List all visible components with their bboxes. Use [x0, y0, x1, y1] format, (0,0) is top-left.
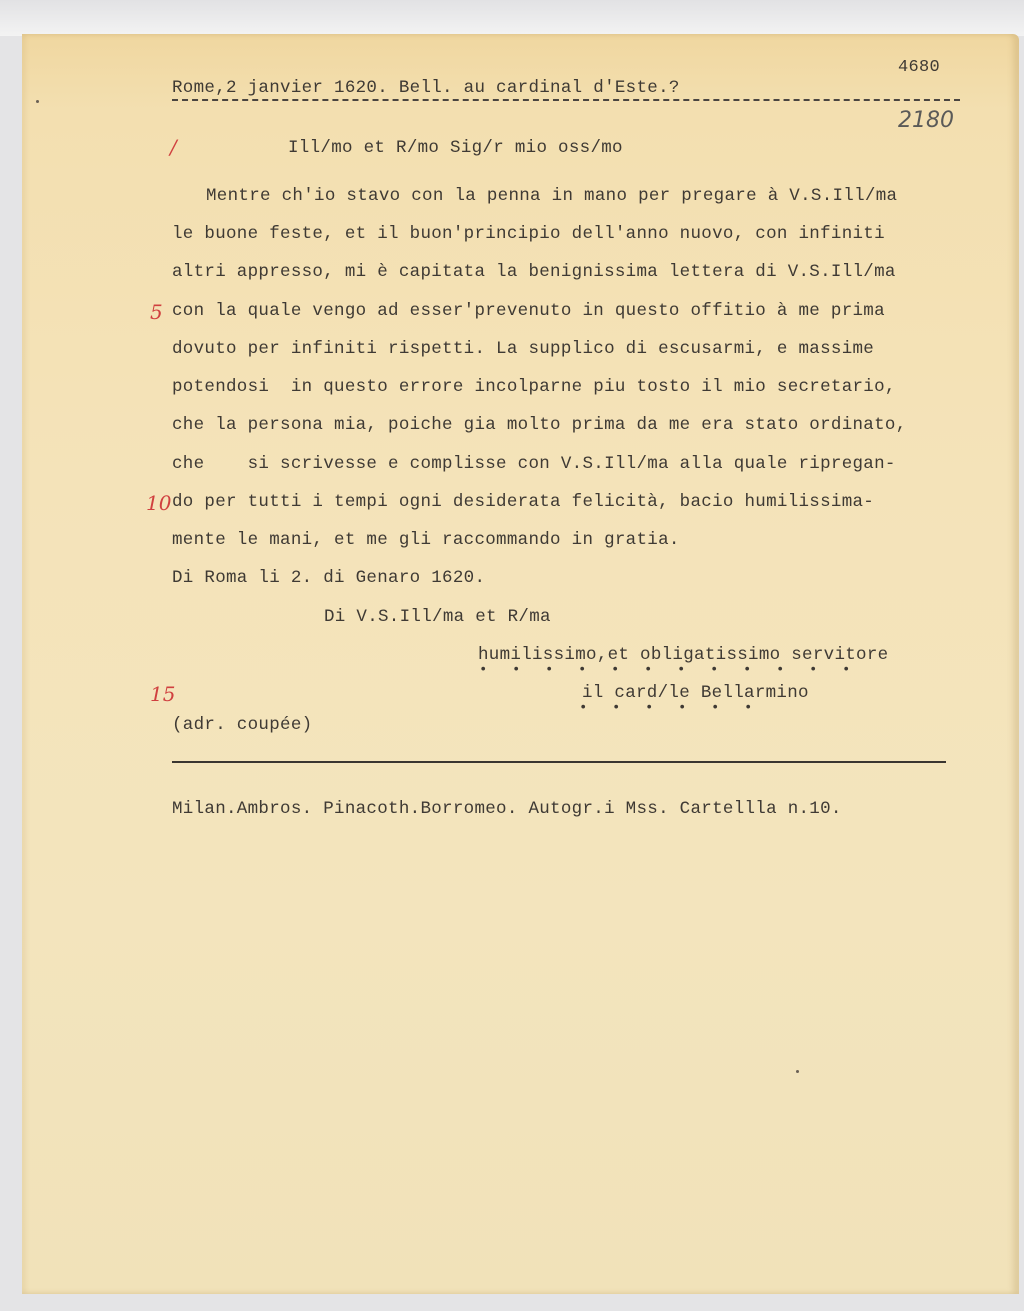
margin-mark-line-1: /	[170, 135, 177, 159]
address-note: (adr. coupée)	[172, 715, 312, 735]
body-line-5: dovuto per infiniti rispetti. La supplic…	[172, 339, 874, 359]
margin-mark-line-5: 5	[150, 300, 163, 324]
address-formula: Di V.S.Ill/ma et R/ma	[324, 607, 551, 627]
body-line-10: mente le mani, et me gli raccommando in …	[172, 530, 680, 550]
pencil-archive-number: 2180	[898, 108, 954, 133]
salutation: Ill/mo et R/mo Sig/r mio oss/mo	[288, 138, 623, 158]
typed-page-number: 4680	[898, 58, 940, 77]
signature-dots: • • • • • •	[579, 700, 755, 716]
margin-mark-line-10: 10	[146, 491, 171, 515]
body-line-6: potendosi in questo errore incolparne pi…	[172, 377, 896, 397]
scan-background	[0, 0, 1024, 36]
paper-speck	[796, 1070, 799, 1073]
margin-mark-line-15: 15	[150, 682, 175, 706]
body-line-9: do per tutti i tempi ogni desiderata fel…	[172, 492, 874, 512]
source-reference: Milan.Ambros. Pinacoth.Borromeo. Autogr.…	[172, 799, 842, 819]
body-line-4: con la quale vengo ad esser'prevenuto in…	[172, 301, 885, 321]
body-line-3: altri appresso, mi è capitata la benigni…	[172, 262, 896, 282]
document-header-title: Rome,2 janvier 1620. Bell. au cardinal d…	[172, 78, 680, 98]
paper-speck	[36, 100, 39, 103]
document-page: 4680 Rome,2 janvier 1620. Bell. au cardi…	[22, 34, 1019, 1294]
signoff-dots: • • • • • • • • • • • •	[479, 662, 853, 678]
body-line-8: che si scrivesse e complisse con V.S.Ill…	[172, 454, 896, 474]
body-line-1: Mentre ch'io stavo con la penna in mano …	[206, 186, 897, 206]
footer-divider	[172, 761, 946, 763]
place-date-line: Di Roma li 2. di Genaro 1620.	[172, 568, 485, 588]
header-underline	[172, 99, 960, 101]
body-line-2: le buone feste, et il buon'principio del…	[172, 224, 885, 244]
body-line-7: che la persona mia, poiche gia molto pri…	[172, 415, 907, 435]
